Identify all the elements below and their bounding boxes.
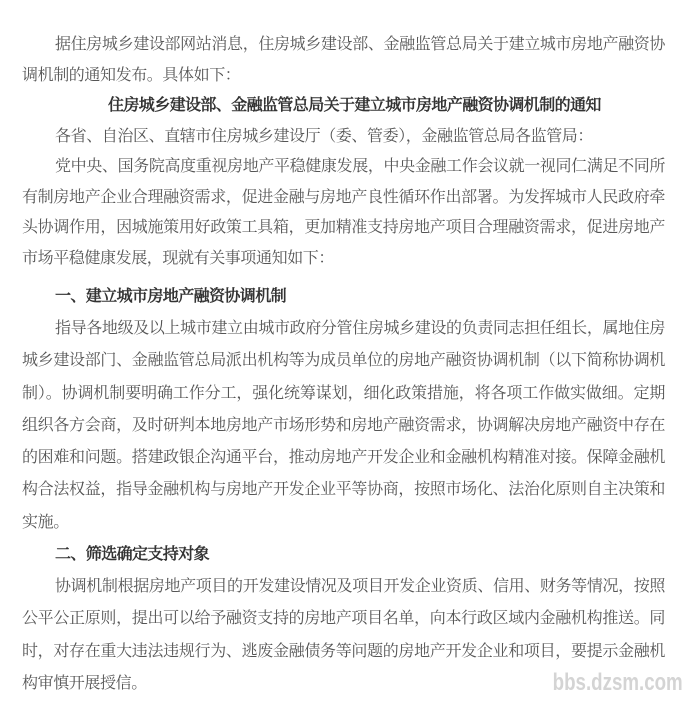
preamble-paragraph: 党中央、国务院高度重视房地产平稳健康发展，中央金融工作会议就一视同仁满足不同所有… [22, 151, 665, 273]
salutation-paragraph: 各省、自治区、直辖市住房城乡建设厅（委、管委），金融监管总局各监管局： [22, 121, 665, 152]
article-body: 据住房城乡建设部网站消息，住房城乡建设部、金融监管总局关于建立城市房地产融资协调… [22, 29, 665, 699]
notice-title: 住房城乡建设部、金融监管总局关于建立城市房地产融资协调机制的通知 [22, 90, 665, 121]
section-heading-2: 二、筛选确定支持对象 [22, 538, 665, 570]
intro-paragraph: 据住房城乡建设部网站消息，住房城乡建设部、金融监管总局关于建立城市房地产融资协调… [22, 29, 665, 90]
section-body-1: 指导各地级及以上城市建立由城市政府分管住房城乡建设的负责同志担任组长，属地住房城… [22, 312, 665, 538]
section-heading-1: 一、建立城市房地产融资协调机制 [22, 280, 665, 312]
site-watermark: bbs.dzsm.com [553, 669, 683, 697]
